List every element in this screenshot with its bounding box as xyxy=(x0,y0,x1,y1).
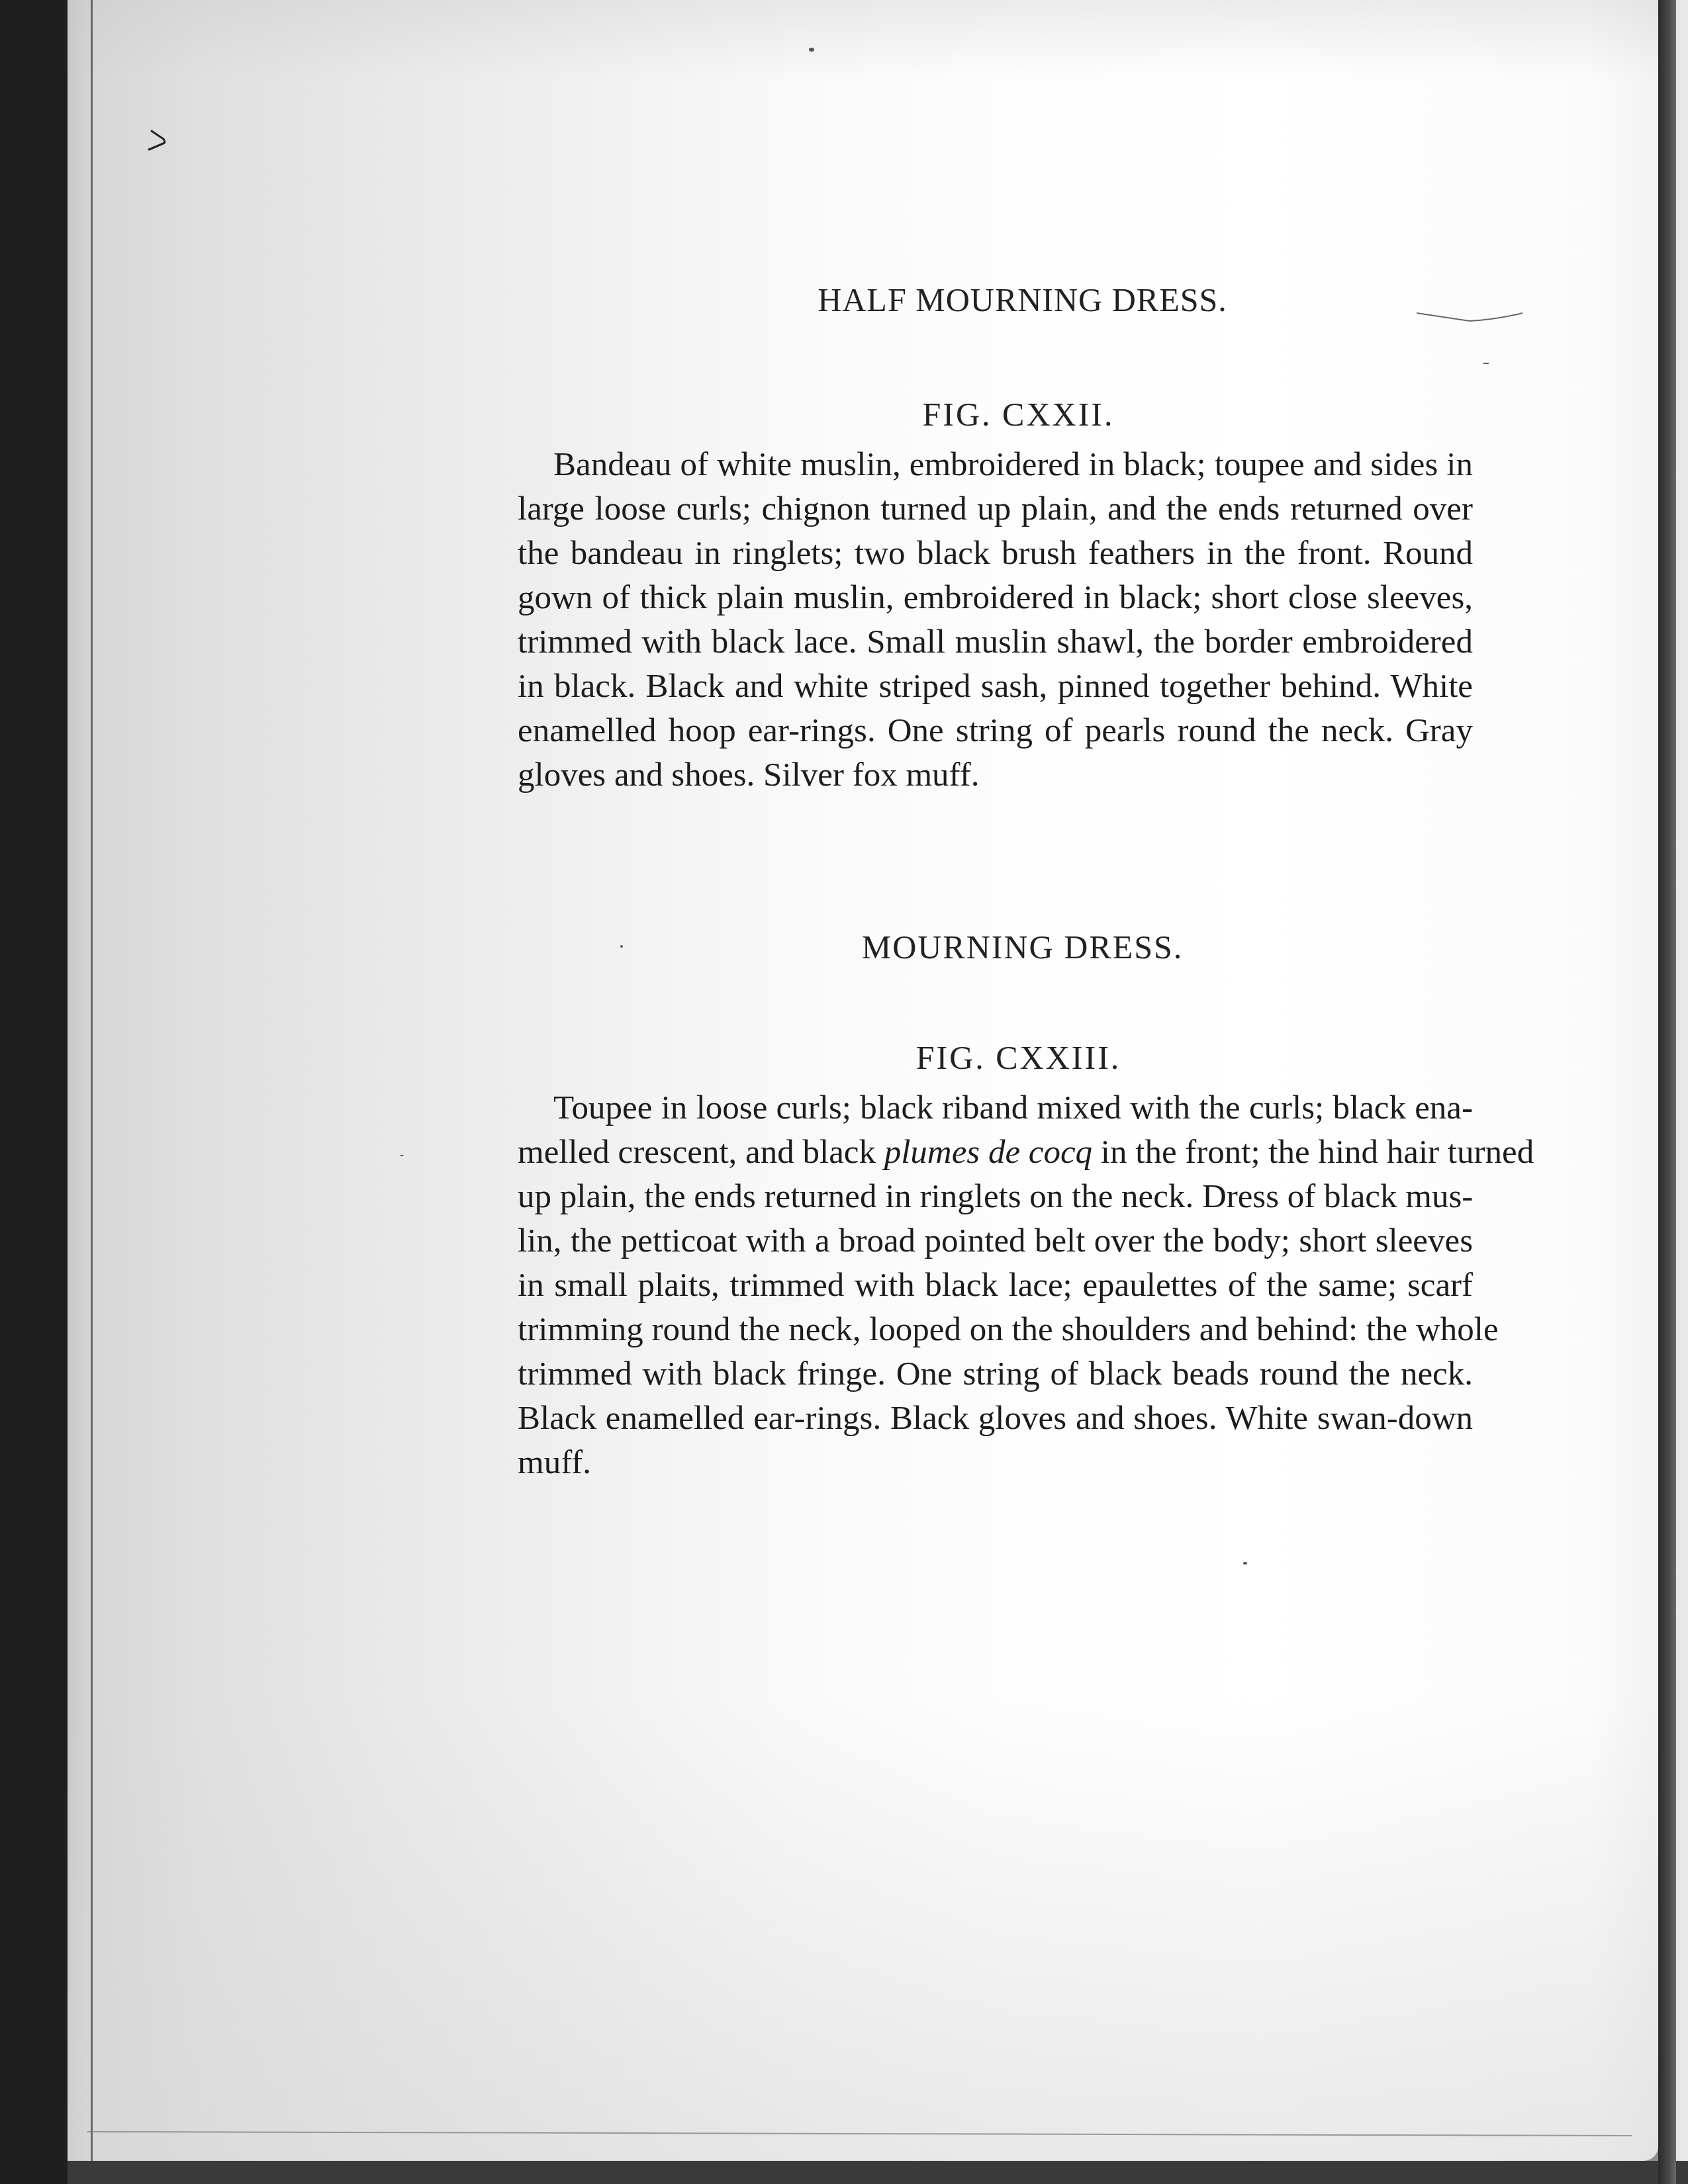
section-title-half-mourning: HALF MOURNING DRESS. xyxy=(518,283,1473,317)
text-line: muff. xyxy=(518,1441,1473,1485)
text-line: gloves and shoes. Silver fox muff. xyxy=(518,753,1473,797)
text-line: gown of thick plain muslin, embroidered … xyxy=(518,576,1473,620)
right-outer-margin xyxy=(1676,0,1688,2161)
text-line: Toupee in loose curls; black riband mixe… xyxy=(518,1086,1473,1130)
text-line-with-italic: melled crescent, and black plumes de coc… xyxy=(518,1130,1473,1175)
speck xyxy=(400,1155,404,1156)
text-line: up plain, the ends returned in ringlets … xyxy=(518,1175,1473,1219)
text-line: Black enamelled ear-rings. Black gloves … xyxy=(518,1396,1473,1441)
gutter-line xyxy=(91,0,93,2161)
text-line: in black. Black and white striped sash, … xyxy=(518,664,1473,709)
text-line: large loose curls; chignon turned up pla… xyxy=(518,487,1473,531)
text-line: lin, the petticoat with a broad pointed … xyxy=(518,1219,1473,1263)
text-line: in small plaits, trimmed with black lace… xyxy=(518,1263,1473,1308)
page-shading-top xyxy=(68,0,1658,79)
text-line: the bandeau in ringlets; two black brush… xyxy=(518,531,1473,576)
right-page-edge xyxy=(1658,0,1676,2184)
speck xyxy=(809,48,814,52)
text-line: Bandeau of white muslin, embroidered in … xyxy=(518,443,1473,487)
text-line: trimming round the neck, looped on the s… xyxy=(518,1308,1473,1352)
description-paragraph-mourning: Toupee in loose curls; black riband mixe… xyxy=(518,1086,1473,1485)
section-title-mourning: MOURNING DRESS. xyxy=(518,931,1473,964)
text-line: trimmed with black fringe. One string of… xyxy=(518,1352,1473,1396)
page-shading-bottom xyxy=(68,1698,1658,2161)
pencil-mark-icon xyxy=(147,130,173,154)
text-segment: in the front; the hind hair turned xyxy=(1092,1134,1534,1171)
speck xyxy=(1243,1562,1247,1565)
italic-phrase: plumes de cocq xyxy=(884,1134,1092,1171)
binding-strip xyxy=(0,0,68,2184)
text-line: enamelled hoop ear-rings. One string of … xyxy=(518,709,1473,753)
description-paragraph-half-mourning: Bandeau of white muslin, embroidered in … xyxy=(518,443,1473,797)
text-line: trimmed with black lace. Small muslin sh… xyxy=(518,620,1473,664)
figure-label-cxxii: FIG. CXXII. xyxy=(518,398,1473,432)
speck xyxy=(1483,363,1489,364)
figure-label-cxxiii: FIG. CXXIII. xyxy=(518,1041,1473,1075)
text-segment: melled crescent, and black xyxy=(518,1134,884,1171)
speck xyxy=(620,945,623,948)
